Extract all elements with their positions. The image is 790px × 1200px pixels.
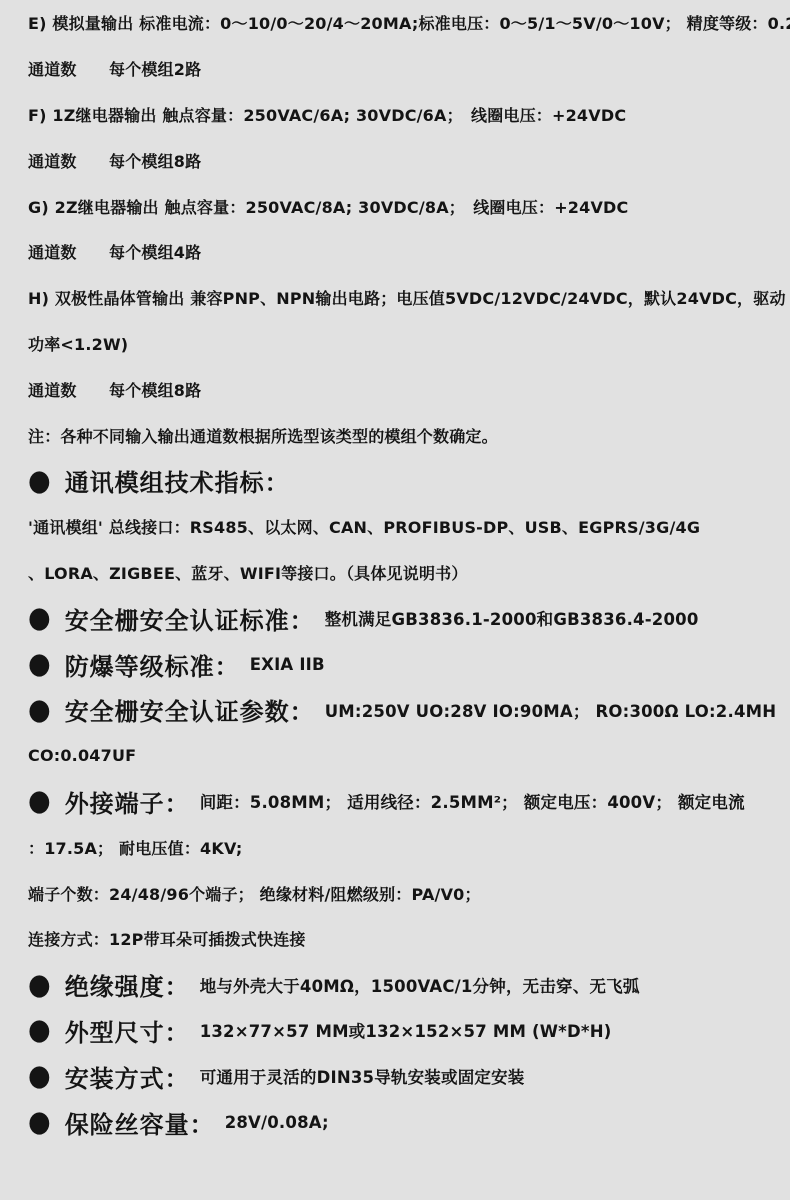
spec-line-text: H) 双极性晶体管输出 兼容PNP、NPN输出电路；电压值5VDC/12VDC/…: [28, 286, 786, 309]
spec-line-text: 连接方式：12P带耳朵可插拨式快连接: [28, 927, 306, 950]
spec-line: 连接方式：12P带耳朵可插拨式快连接: [28, 916, 764, 962]
bullet-icon: ●: [28, 787, 51, 816]
spec-line: 、LORA、ZIGBEE、蓝牙、WIFI等接口。（具体见说明书）: [28, 550, 764, 596]
spec-section-heading: ● 保险丝容量： 28V/0.08A;: [28, 1099, 764, 1145]
spec-section-heading: ● 安全栅安全认证标准： 整机满足GB3836.1-2000和GB3836.4-…: [28, 595, 764, 641]
spec-line-text: F) 1Z继电器输出 触点容量：250VAC/6A; 30VDC/6A； 线圈电…: [28, 103, 626, 126]
spec-line-text: 、LORA、ZIGBEE、蓝牙、WIFI等接口。（具体见说明书）: [28, 561, 468, 584]
spec-section-heading: ● 安全栅安全认证参数： UM:250V UO:28V IO:90MA； RO:…: [28, 687, 764, 733]
heading-value: 间距：5.08MM； 适用线径：2.5MM²； 额定电压：400V； 额定电流: [200, 789, 745, 813]
spec-line: 通道数 每个模组8路: [28, 137, 764, 183]
heading-label: 安全栅安全认证标准：: [65, 601, 315, 636]
spec-section-heading: ● 防爆等级标准： EXIA IIB: [28, 641, 764, 687]
spec-line: 通道数 每个模组8路: [28, 366, 764, 412]
spec-document-page: E) 模拟量输出 标准电流：0〜10/0〜20/4〜20MA;标准电压：0〜5/…: [0, 0, 790, 1200]
spec-line-text: ：17.5A； 耐电压值：4KV;: [28, 836, 242, 859]
spec-line: 通道数 每个模组4路: [28, 229, 764, 275]
bullet-icon: ●: [28, 970, 51, 999]
spec-line: G) 2Z继电器输出 触点容量：250VAC/8A; 30VDC/8A； 线圈电…: [28, 183, 764, 229]
bullet-icon: ●: [28, 1062, 51, 1091]
heading-label: 外接端子：: [65, 784, 190, 819]
heading-value: 整机满足GB3836.1-2000和GB3836.4-2000: [325, 606, 699, 630]
spec-line-text: 通道数 每个模组8路: [28, 378, 201, 401]
spec-line-text: 功率<1.2W): [28, 332, 128, 355]
bullet-icon: ●: [28, 1107, 51, 1136]
spec-line-text: CO:0.047UF: [28, 746, 136, 765]
spec-line-text: G) 2Z继电器输出 触点容量：250VAC/8A; 30VDC/8A； 线圈电…: [28, 195, 628, 218]
spec-line: CO:0.047UF: [28, 733, 764, 779]
spec-line: 功率<1.2W): [28, 321, 764, 367]
heading-value: 地与外壳大于40MΩ，1500VAC/1分钟，无击穿、无飞弧: [200, 973, 640, 997]
spec-section-heading: ● 外接端子： 间距：5.08MM； 适用线径：2.5MM²； 额定电压：400…: [28, 779, 764, 825]
spec-section-heading: ● 通讯模组技术指标：: [28, 458, 764, 504]
spec-line: 端子个数：24/48/96个端子； 绝缘材料/阻燃级别：PA/V0；: [28, 870, 764, 916]
bullet-icon: ●: [28, 604, 51, 633]
spec-section-heading: ● 外型尺寸： 132×77×57 MM或132×152×57 MM (W*D*…: [28, 1008, 764, 1054]
heading-label: 外型尺寸：: [65, 1013, 190, 1048]
spec-line-text: E) 模拟量输出 标准电流：0〜10/0〜20/4〜20MA;标准电压：0〜5/…: [28, 11, 790, 34]
spec-line-text: 注：各种不同输入输出通道数根据所选型该类型的模组个数确定。: [28, 424, 498, 447]
heading-value: 可通用于灵活的DIN35导轨安装或固定安装: [200, 1064, 525, 1088]
heading-value: 132×77×57 MM或132×152×57 MM (W*D*H): [200, 1018, 612, 1042]
heading-label: 防爆等级标准：: [65, 647, 240, 682]
heading-label: 安装方式：: [65, 1059, 190, 1094]
spec-line-text: 通道数 每个模组2路: [28, 57, 201, 80]
spec-note-line: 注：各种不同输入输出通道数根据所选型该类型的模组个数确定。: [28, 412, 764, 458]
spec-section-heading: ● 安装方式： 可通用于灵活的DIN35导轨安装或固定安装: [28, 1053, 764, 1099]
spec-line: '通讯模组' 总线接口：RS485、以太网、CAN、PROFIBUS-DP、US…: [28, 504, 764, 550]
bullet-icon: ●: [28, 466, 51, 495]
spec-line-text: 端子个数：24/48/96个端子； 绝缘材料/阻燃级别：PA/V0；: [28, 882, 481, 905]
spec-line-text: '通讯模组' 总线接口：RS485、以太网、CAN、PROFIBUS-DP、US…: [28, 515, 700, 538]
heading-value: EXIA IIB: [250, 655, 325, 674]
spec-line-text: 通道数 每个模组8路: [28, 149, 201, 172]
spec-content: E) 模拟量输出 标准电流：0〜10/0〜20/4〜20MA;标准电压：0〜5/…: [0, 0, 790, 1145]
spec-section-heading: ● 绝缘强度： 地与外壳大于40MΩ，1500VAC/1分钟，无击穿、无飞弧: [28, 962, 764, 1008]
heading-value: UM:250V UO:28V IO:90MA； RO:300Ω LO:2.4MH: [325, 698, 777, 722]
heading-label: 安全栅安全认证参数：: [65, 692, 315, 727]
heading-label: 绝缘强度：: [65, 967, 190, 1002]
heading-label: 通讯模组技术指标：: [65, 463, 290, 498]
heading-label: 保险丝容量：: [65, 1105, 215, 1140]
bullet-icon: ●: [28, 649, 51, 678]
bullet-icon: ●: [28, 695, 51, 724]
spec-line: H) 双极性晶体管输出 兼容PNP、NPN输出电路；电压值5VDC/12VDC/…: [28, 275, 764, 321]
bullet-icon: ●: [28, 1016, 51, 1045]
spec-line: ：17.5A； 耐电压值：4KV;: [28, 824, 764, 870]
spec-line: F) 1Z继电器输出 触点容量：250VAC/6A; 30VDC/6A； 线圈电…: [28, 92, 764, 138]
spec-line: 通道数 每个模组2路: [28, 46, 764, 92]
spec-line-text: 通道数 每个模组4路: [28, 240, 201, 263]
spec-line: E) 模拟量输出 标准电流：0〜10/0〜20/4〜20MA;标准电压：0〜5/…: [28, 0, 764, 46]
heading-value: 28V/0.08A;: [225, 1113, 329, 1132]
